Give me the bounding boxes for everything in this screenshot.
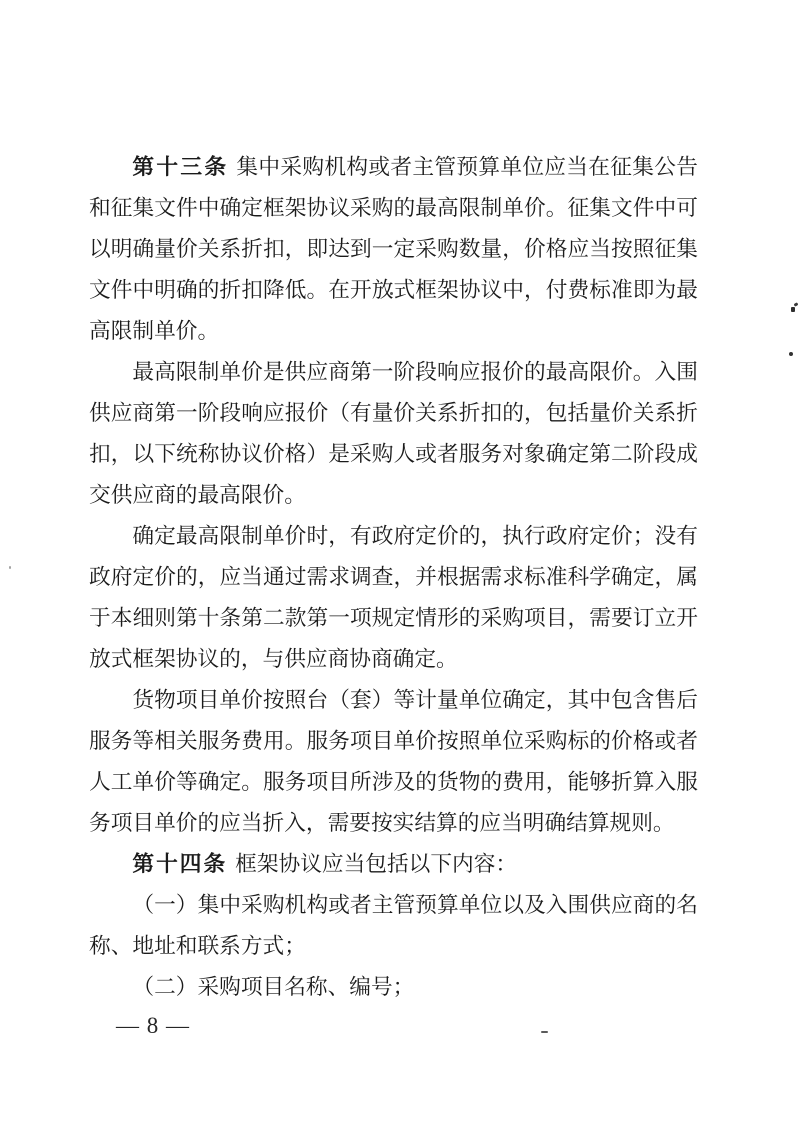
scan-speck	[384, 775, 387, 778]
paragraph: 第十三条集中采购机构或者主管预算单位应当在征集公告和征集文件中确定框架协议采购的…	[89, 147, 698, 352]
paragraph-text: 最高限制单价是供应商第一阶段响应报价的最高限价。入围供应商第一阶段响应报价（有量…	[89, 360, 698, 507]
article-number: 第十三条	[132, 155, 228, 179]
scan-speck	[791, 307, 795, 312]
scan-speck	[390, 292, 393, 295]
paragraph: 第十四条框架协议应当包括以下内容：	[89, 844, 698, 885]
paragraph-text: 货物项目单价按照台（套）等计量单位确定，其中包含售后服务等相关服务费用。服务项目…	[89, 688, 698, 835]
paragraph-text: 框架协议应当包括以下内容：	[235, 852, 517, 876]
scan-speck	[541, 1031, 548, 1033]
paragraph: 货物项目单价按照台（套）等计量单位确定，其中包含售后服务等相关服务费用。服务项目…	[89, 680, 698, 844]
paragraph: 确定最高限制单价时，有政府定价的，执行政府定价；没有政府定价的，应当通过需求调查…	[89, 516, 698, 680]
scan-speck	[9, 566, 11, 569]
scan-speck	[789, 352, 793, 356]
paragraph: 最高限制单价是供应商第一阶段响应报价的最高限价。入围供应商第一阶段响应报价（有量…	[89, 352, 698, 516]
page-number: — 8 —	[116, 1013, 190, 1039]
paragraph: （一）集中采购机构或者主管预算单位以及入围供应商的名称、地址和联系方式；	[89, 885, 698, 967]
paragraph: （二）采购项目名称、编号；	[89, 967, 698, 1008]
text-block: 第十三条集中采购机构或者主管预算单位应当在征集公告和征集文件中确定框架协议采购的…	[89, 147, 698, 1008]
paragraph-text: 集中采购机构或者主管预算单位应当在征集公告和征集文件中确定框架协议采购的最高限制…	[89, 155, 698, 343]
article-number: 第十四条	[132, 852, 227, 876]
paragraph-text: （二）采购项目名称、编号；	[132, 975, 414, 999]
document-page: 第十三条集中采购机构或者主管预算单位应当在征集公告和征集文件中确定框架协议采购的…	[0, 0, 800, 1140]
paragraph-text: 确定最高限制单价时，有政府定价的，执行政府定价；没有政府定价的，应当通过需求调查…	[89, 524, 698, 671]
paragraph-text: （一）集中采购机构或者主管预算单位以及入围供应商的名称、地址和联系方式；	[89, 893, 698, 958]
